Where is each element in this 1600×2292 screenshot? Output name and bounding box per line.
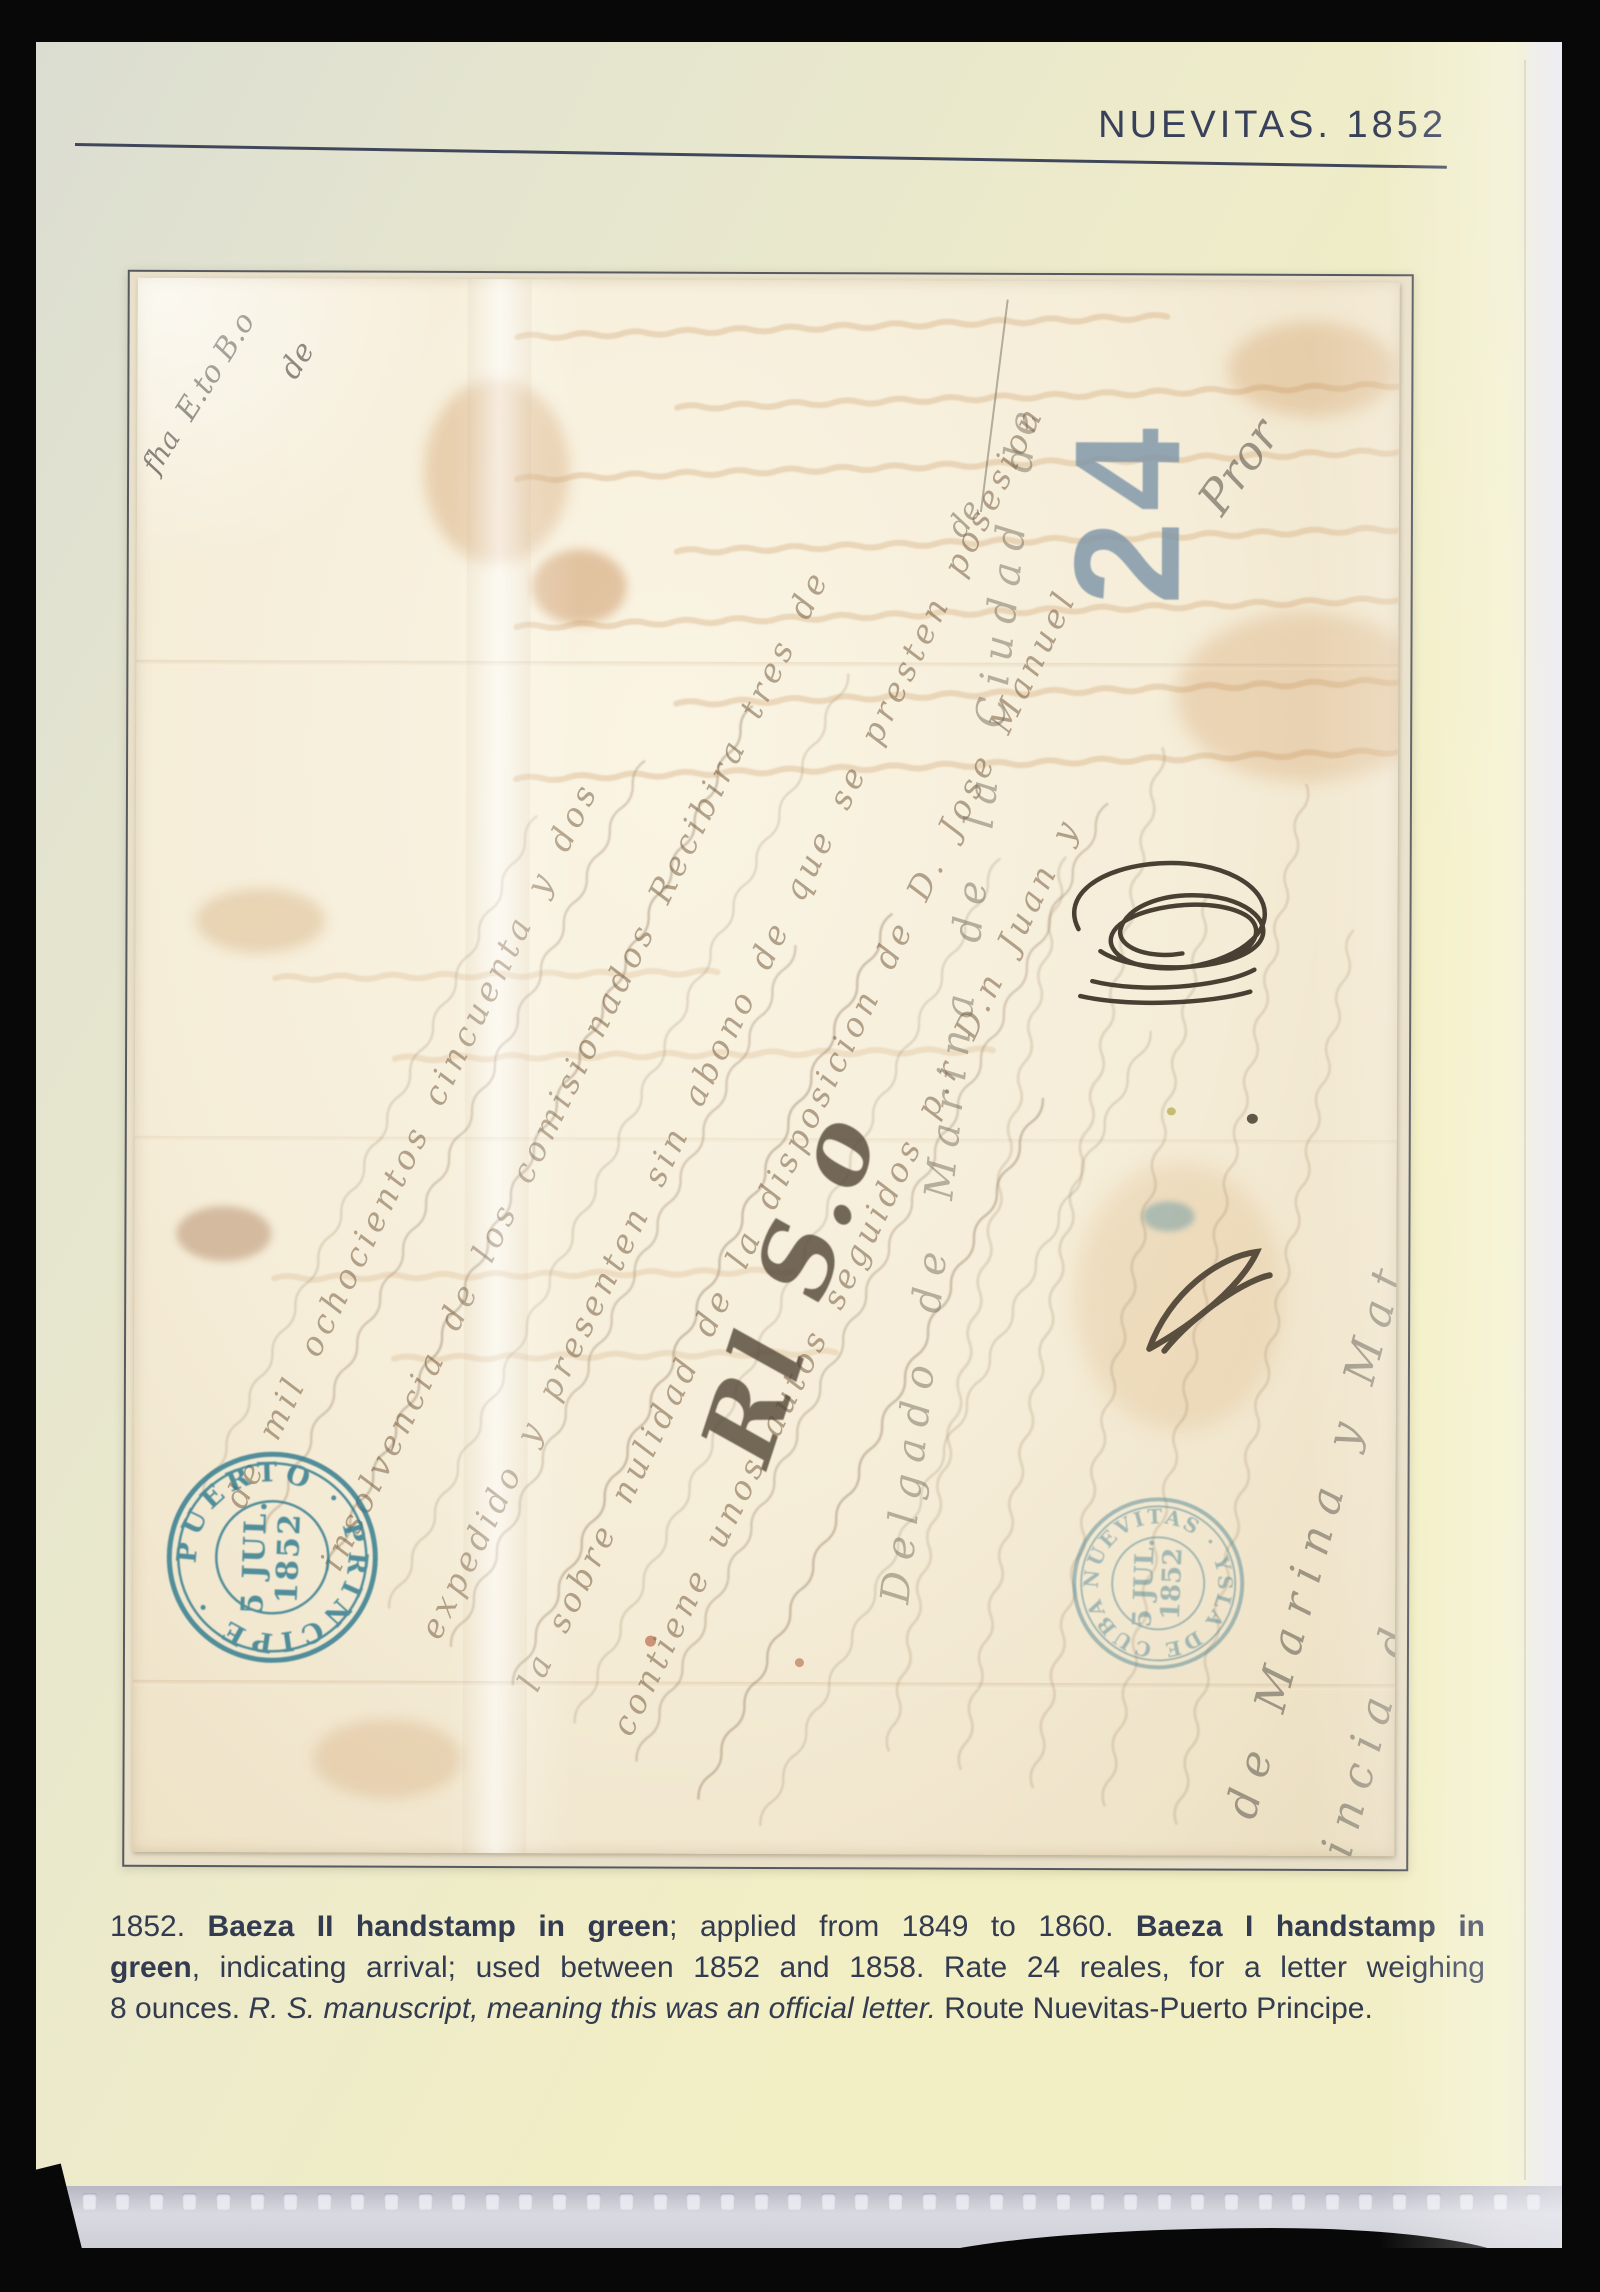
sleeve-crease (1524, 60, 1526, 2180)
caption: 1852. Baeza II handstamp in green; appli… (110, 1906, 1485, 2029)
svg-text:1852: 1852 (1156, 1547, 1189, 1620)
sleeve-weld-mark (1426, 2193, 1441, 2210)
sleeve-weld-mark (1123, 2193, 1138, 2210)
sleeve-weld-mark (989, 2193, 1004, 2210)
sleeve-weld-mark (1022, 2193, 1037, 2210)
sleeve-weld-mark (1459, 2193, 1474, 2210)
sleeve-weld-mark (1493, 2193, 1508, 2210)
caption-segment: Baeza II handstamp in green (208, 1910, 670, 1943)
sleeve-weld-mark (384, 2193, 399, 2210)
cover-scan-frame: de mil ochocientos cincuenta y dosinsolv… (122, 270, 1414, 1871)
sleeve-weld-mark (821, 2193, 836, 2210)
sleeve-weld-mark (182, 2193, 197, 2210)
album-page-photo: NUEVITAS. 1852 de mil oc (0, 0, 1600, 2292)
right-datestamp: NUEVITAS · YSLA DE CUBA · 5 JUL. 1852 (1058, 1483, 1259, 1684)
caption-line: 1852. Baeza II handstamp in green; appli… (110, 1906, 1485, 1947)
sleeve-weld-mark (686, 2193, 701, 2210)
sleeve-weld-mark (518, 2193, 533, 2210)
svg-text:1852: 1852 (270, 1512, 308, 1605)
sleeve-weld-mark (250, 2193, 265, 2210)
caption-segment: green (110, 1951, 192, 1984)
sleeve-weld-mark (350, 2193, 365, 2210)
sleeve-weld-mark (1190, 2193, 1205, 2210)
caption-line: 8 ounces. R. S. manuscript, meaning this… (110, 1988, 1485, 2029)
sleeve-weld-mark (586, 2193, 601, 2210)
caption-segment: Route Nuevitas-Puerto Principe. (936, 1992, 1373, 2025)
svg-text:5 JUL.: 5 JUL. (235, 1498, 274, 1614)
sleeve-weld-mark (1358, 2193, 1373, 2210)
sleeve-weld-mark (1224, 2193, 1239, 2210)
caption-segment: R. S. manuscript, meaning this was an of… (248, 1992, 936, 2025)
sleeve-weld-mark (955, 2193, 970, 2210)
caption-segment: 1852. (110, 1910, 208, 1943)
sleeve-weld-mark (1526, 2193, 1541, 2210)
sleeve-weld-mark (787, 2193, 802, 2210)
sleeve-weld-mark (854, 2193, 869, 2210)
sleeve-weld-mark (922, 2193, 937, 2210)
sleeve-weld-mark (216, 2193, 231, 2210)
caption-segment: Baeza I handstamp in (1136, 1910, 1485, 1943)
sleeve-weld-mark (888, 2193, 903, 2210)
caption-segment: 8 ounces. (110, 1992, 248, 2025)
sleeve-weld-mark (451, 2193, 466, 2210)
sleeve-weld-mark (1090, 2193, 1105, 2210)
sleeve-weld-mark (552, 2193, 567, 2210)
sleeve-weld-mark (115, 2193, 130, 2210)
page-title: NUEVITAS. 1852 (900, 104, 1447, 147)
sleeve-weld-mark (149, 2193, 164, 2210)
cover-paper: de mil ochocientos cincuenta y dosinsolv… (132, 278, 1399, 1856)
caption-line: green, indicating arrival; used between … (110, 1947, 1485, 1988)
sleeve-weld-mark (1056, 2193, 1071, 2210)
rate-mark-24: 24 (997, 401, 1258, 622)
sleeve-weld-mark (1291, 2193, 1306, 2210)
sleeve-weld-mark (1392, 2193, 1407, 2210)
sleeve-weld-mark (754, 2193, 769, 2210)
sleeve-weld-mark (82, 2193, 97, 2210)
sleeve-weld-mark (1325, 2193, 1340, 2210)
sleeve-weld-mark (1157, 2193, 1172, 2210)
caption-segment: ; applied from 1849 to 1860. (669, 1910, 1136, 1943)
sleeve-weld-mark (619, 2193, 634, 2210)
sleeve-weld-mark (653, 2193, 668, 2210)
sleeve-weld-mark (485, 2193, 500, 2210)
sleeve-weld-mark (317, 2193, 332, 2210)
ink-rubric-scribble (1040, 833, 1291, 1014)
caption-segment: , indicating arrival; used between 1852 … (192, 1951, 1485, 1984)
sleeve-right-edge (1528, 42, 1562, 2188)
sleeve-weld-mark (720, 2193, 735, 2210)
sleeve-weld-mark (283, 2193, 298, 2210)
left-datestamp: PUERTO · PRINCIPE · 5 JUL. 1852 (152, 1437, 393, 1678)
sleeve-weld-mark (418, 2193, 433, 2210)
sleeve-weld-mark (1258, 2193, 1273, 2210)
